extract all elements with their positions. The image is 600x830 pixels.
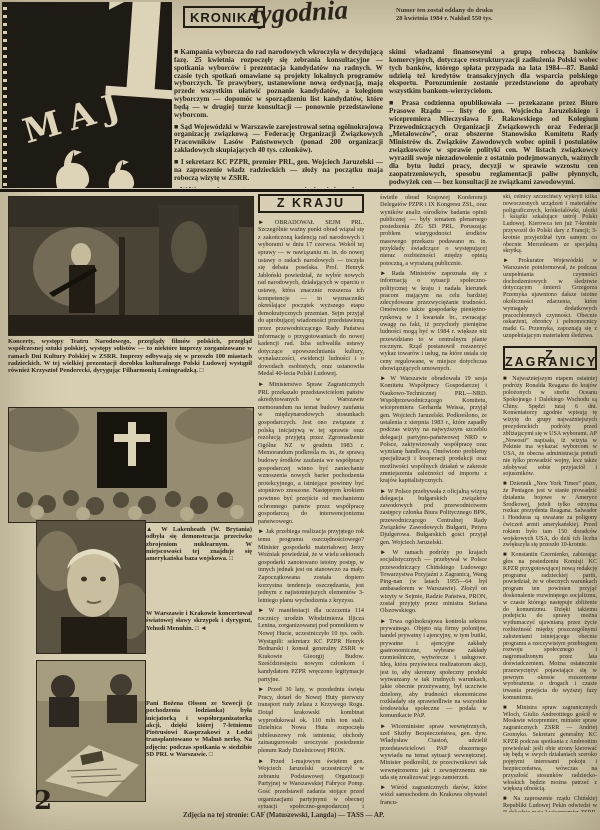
lead-item: ■ Sąd Wojewódzki w Warszawie zarejestrow… — [174, 124, 383, 155]
may-day-graphic: 1 MAJ — [2, 2, 172, 188]
article-paragraph: ► Przed 1-majowym świętem gen. Wojciech … — [258, 758, 364, 812]
z-kraju-column-1: Z KRAJU ► OBRADOWAŁ SEJM PRL. Szczególni… — [258, 194, 364, 812]
article-paragraph: ► Trwa ogólnokrajowa kontrola sektora pr… — [380, 618, 487, 720]
photo-yehudi-menuhin — [36, 520, 146, 654]
lead-summary-left: ■ Kampania wyborcza do rad narodowych wk… — [174, 49, 383, 188]
photo-credit-line: Zdjęcia na tej stronie: CAF (Matuszewski… — [183, 811, 384, 819]
page-number: 2 — [34, 786, 52, 816]
lead-item: ■ I sekretarz KC PZPR, premier PRL, gen.… — [174, 159, 383, 183]
newspaper-page: 1 MAJ KRONIKA tygodnia Numer ten został … — [0, 0, 600, 830]
article-paragraph: ► W Warszawie obradowała 19 sesja Komite… — [380, 375, 487, 484]
article-paragraph: ► Przed 30 laty, w przededniu święta Pra… — [258, 686, 364, 754]
article-paragraph: ► W manifestacji dla uczczenia 114 roczn… — [258, 607, 364, 683]
photo-lakenheath-demonstration — [8, 407, 254, 523]
lead-item: ■ Prasa codzienna opublikowała — przekaz… — [389, 100, 598, 186]
header-divider — [0, 189, 600, 192]
lead-item: ■ W Warszawie zawarto ramowe porozumieni… — [174, 187, 383, 189]
doves-icon — [10, 130, 170, 188]
z-kraju-column-2: świetle obrad Krajowej Konferencji Deleg… — [380, 194, 487, 812]
article-paragraph: ski, celnicy szczecińscy wykryli kilka n… — [503, 194, 597, 255]
filmstrip-perforation — [3, 2, 7, 188]
photo-caption: ▲ W Lakenheath (W. Brytania) odbyła się … — [146, 526, 252, 562]
article-paragraph: ► Wśród zagranicznych darów, które wiózł… — [380, 784, 487, 806]
article-paragraph: ■ Na zaproszenie rządu Chińskiej Republi… — [503, 796, 597, 812]
z-zagranicy-column: ski, celnicy szczecińscy wykryli kilka n… — [503, 194, 597, 812]
photo-dni-kultury-zsrr — [8, 196, 254, 336]
lead-item: ■ Kampania wyborcza do rad narodowych wk… — [174, 49, 383, 120]
photo-bozena-olsson — [36, 660, 146, 802]
photo-caption: Pani Bożena Olsson ze Szwecji (z pochodz… — [146, 700, 252, 758]
article-paragraph: ■ Najważniejszym etapem ostatniej podróż… — [503, 376, 597, 478]
article-paragraph: ► Prokurator Wojewódzki w Warszawie poin… — [503, 258, 597, 340]
photo-caption: Koncerty, występy Teatru Narodowego, prz… — [8, 338, 252, 374]
dateline-line2: 28 kwietnia 1984 r. Nakład 550 tys. — [396, 15, 596, 23]
article-paragraph: ► OBRADOWAŁ SEJM PRL. Szczególnie ważny … — [258, 219, 364, 378]
article-paragraph: ■ Ministra spraw zagranicznych Włoch, Gi… — [503, 705, 597, 793]
article-paragraph: ► Ministerstwo Spraw Zagranicznych PRL p… — [258, 381, 364, 525]
dateline: Numer ten został oddany do druku 28 kwie… — [396, 7, 596, 23]
lead-summary-right: skimi władzami finansowymi a grupą roboc… — [389, 49, 598, 188]
masthead-script-title: tygodnia — [251, 0, 349, 30]
article-paragraph: ■ Dziennik „New York Times” pisze, że Pe… — [503, 481, 597, 549]
photo-caption: W Warszawie i Krakowie koncertował świat… — [146, 610, 252, 632]
dateline-line1: Numer ten został oddany do druku — [396, 7, 596, 15]
article-paragraph: świetle obrad Krajowej Konferencji Deleg… — [380, 194, 487, 267]
section-heading-z-zagranicy: Z ZAGRANICY — [503, 346, 597, 371]
article-paragraph: ► Jak przebiega realizacja przyjętego ro… — [258, 528, 364, 604]
article-paragraph: ► Rada Ministrów zapoznała się z informa… — [380, 270, 487, 372]
lead-item: skimi władzami finansowymi a grupą roboc… — [389, 49, 598, 96]
article-paragraph: ► W ramach podróży po krajach socjalisty… — [380, 549, 487, 615]
section-heading-z-kraju: Z KRAJU — [258, 194, 364, 213]
article-paragraph: ■ Konstantin Czernienko, zabierając głos… — [503, 552, 597, 702]
article-paragraph: ► W Polsce przebywała z oficjalną wizytą… — [380, 488, 487, 546]
article-paragraph: ► Wiceminister spraw wewnętrznych, szef … — [380, 723, 487, 781]
